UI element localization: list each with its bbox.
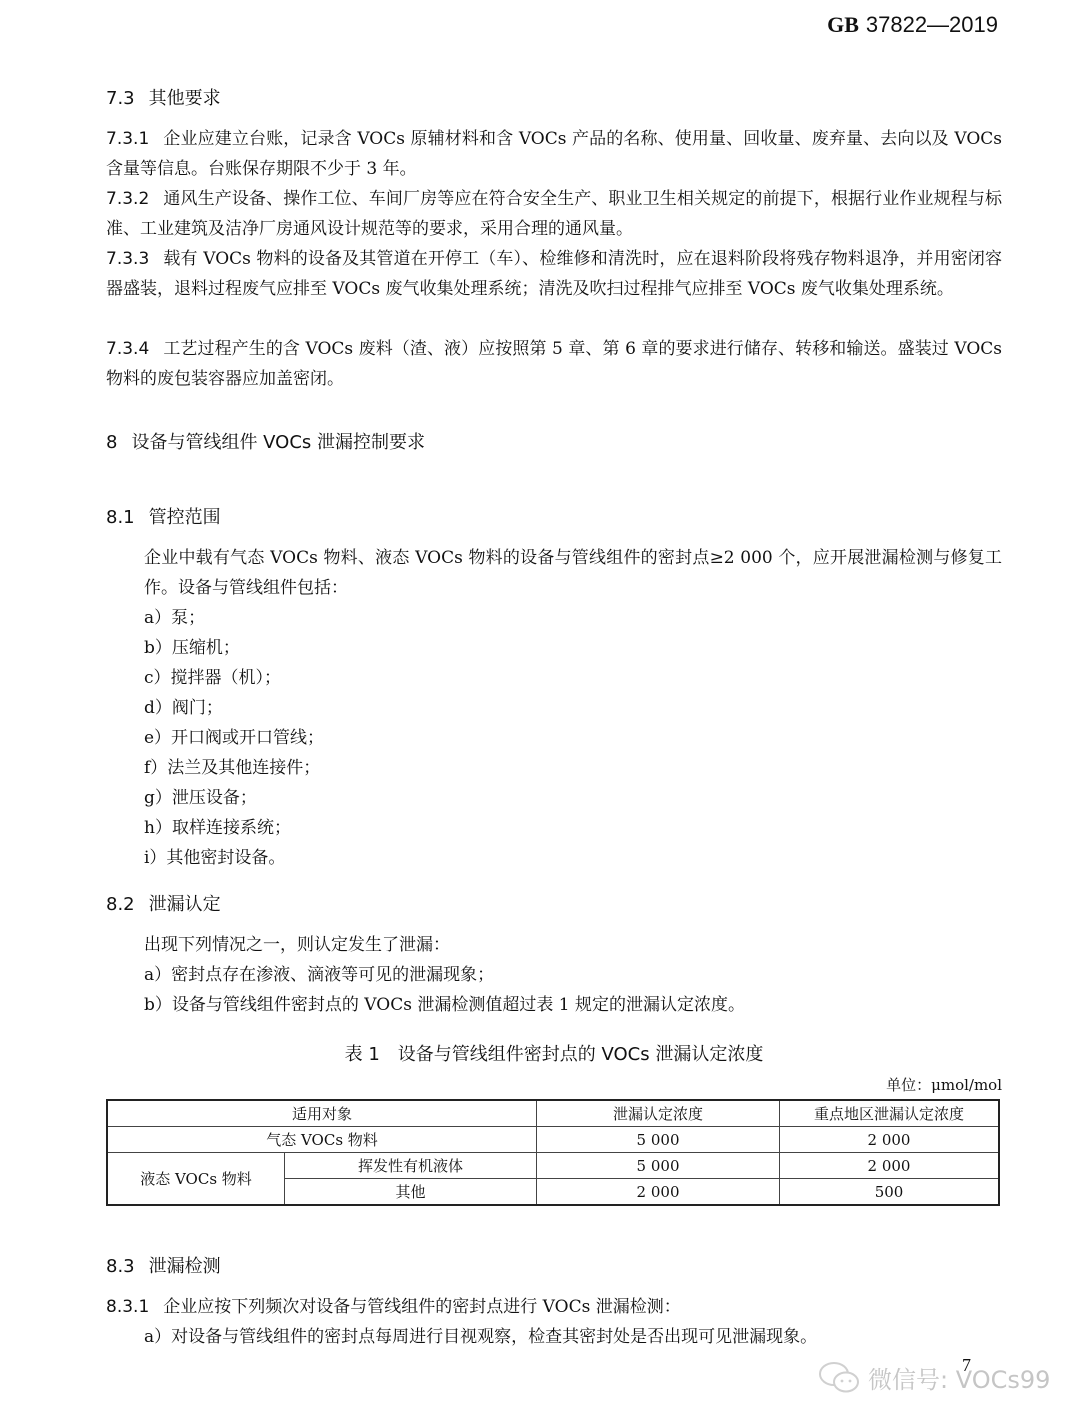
clause-7-3-4: 7.3.4工艺过程产生的含 VOCs 废料（渣、液）应按照第 5 章、第 6 章… <box>106 334 1002 394</box>
heading-8-2: 8.2泄漏认定 <box>106 890 221 916</box>
clause-8-3-1: 8.3.1企业应按下列频次对设备与管线组件的密封点进行 VOCs 泄漏检测： <box>106 1292 1002 1322</box>
table-cell: 其他 <box>285 1179 537 1206</box>
list-item: g）泄压设备； <box>144 783 257 813</box>
table-cell: 2 000 <box>780 1127 999 1153</box>
table-header: 重点地区泄漏认定浓度 <box>780 1100 999 1127</box>
paragraph-8-1: 企业中载有气态 VOCs 物料、液态 VOCs 物料的设备与管线组件的密封点≥2… <box>106 543 1002 603</box>
clause-7-3-3: 7.3.3载有 VOCs 物料的设备及其管道在开停工（车）、检维修和清洗时，应在… <box>106 244 1002 304</box>
list-item: e）开口阀或开口管线； <box>144 723 324 753</box>
table-caption: 表 1 设备与管线组件密封点的 VOCs 泄漏认定浓度 <box>106 1040 1002 1066</box>
list-item: c）搅拌器（机）； <box>144 663 281 693</box>
table-row: 液态 VOCs 物料 挥发性有机液体 5 000 2 000 <box>107 1153 999 1179</box>
watermark-text: 微信号: VOCs99 <box>868 1360 1050 1395</box>
table-row: 气态 VOCs 物料 5 000 2 000 <box>107 1127 999 1153</box>
table-cell: 500 <box>780 1179 999 1206</box>
paragraph-8-2: 出现下列情况之一，则认定发生了泄漏： <box>144 930 450 960</box>
list-item: a）密封点存在渗液、滴液等可见的泄漏现象； <box>144 960 494 990</box>
table-cell: 5 000 <box>537 1127 780 1153</box>
table-cell: 5 000 <box>537 1153 780 1179</box>
list-item: b）压缩机； <box>144 633 240 663</box>
clause-7-3-2: 7.3.2通风生产设备、操作工位、车间厂房等应在符合安全生产、职业卫生相关规定的… <box>106 184 1002 244</box>
heading-8-3: 8.3泄漏检测 <box>106 1252 221 1278</box>
list-item: a）对设备与管线组件的密封点每周进行目视观察，检查其密封处是否出现可见泄漏现象。 <box>144 1322 817 1352</box>
wechat-icon <box>818 1361 862 1395</box>
list-item: b）设备与管线组件密封点的 VOCs 泄漏检测值超过表 1 规定的泄漏认定浓度。 <box>144 990 745 1020</box>
list-item: f）法兰及其他连接件； <box>144 753 320 783</box>
watermark: 微信号: VOCs99 <box>818 1360 1050 1395</box>
list-item: d）阀门； <box>144 693 223 723</box>
clause-7-3-1: 7.3.1企业应建立台账，记录含 VOCs 原辅材料和含 VOCs 产品的名称、… <box>106 124 1002 184</box>
list-item: i）其他密封设备。 <box>144 843 285 873</box>
leak-threshold-table: 适用对象 泄漏认定浓度 重点地区泄漏认定浓度 气态 VOCs 物料 5 000 … <box>106 1099 1000 1206</box>
standard-prefix: GB <box>827 12 859 37</box>
table-header-row: 适用对象 泄漏认定浓度 重点地区泄漏认定浓度 <box>107 1100 999 1127</box>
table-cell: 气态 VOCs 物料 <box>107 1127 537 1153</box>
table-cell: 挥发性有机液体 <box>285 1153 537 1179</box>
heading-8-1: 8.1管控范围 <box>106 503 221 529</box>
table-cell: 2 000 <box>780 1153 999 1179</box>
standard-number: 37822—2019 <box>866 12 998 37</box>
standard-code: GB 37822—2019 <box>827 12 998 38</box>
heading-8: 8设备与管线组件 VOCs 泄漏控制要求 <box>106 428 425 454</box>
table-unit: 单位：μmol/mol <box>886 1074 1002 1095</box>
table-cell: 液态 VOCs 物料 <box>107 1153 285 1206</box>
table-cell: 2 000 <box>537 1179 780 1206</box>
table-header: 适用对象 <box>107 1100 537 1127</box>
heading-7-3: 7.3其他要求 <box>106 84 221 110</box>
list-item: a）泵； <box>144 603 205 633</box>
table-header: 泄漏认定浓度 <box>537 1100 780 1127</box>
list-item: h）取样连接系统； <box>144 813 291 843</box>
